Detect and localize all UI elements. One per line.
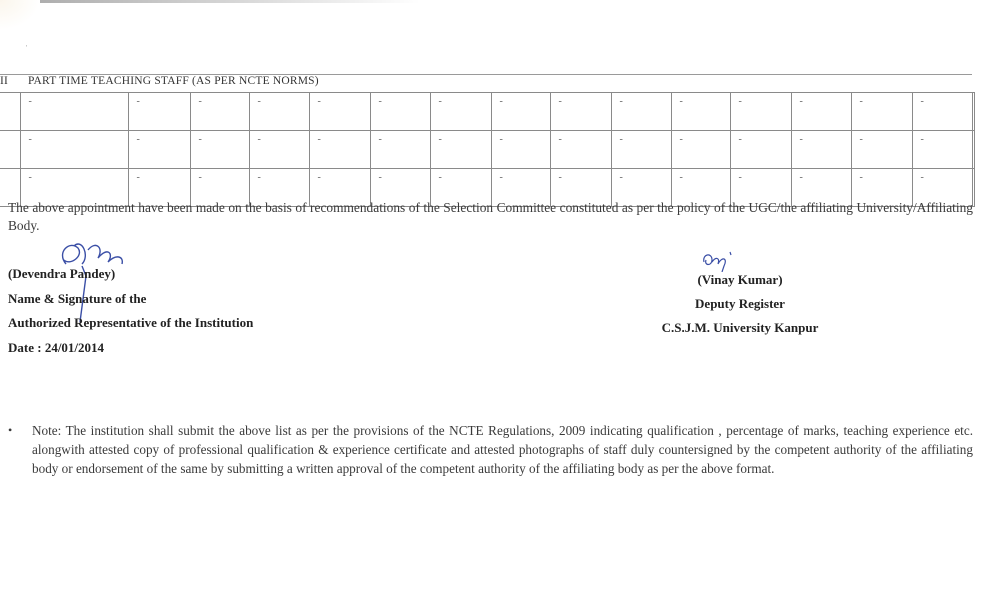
staff-table-container: ----------------------------------------… (0, 92, 974, 207)
table-cell: - (309, 93, 370, 131)
signatory-right-designation: Deputy Register (640, 292, 840, 316)
table-cell: - (611, 131, 671, 169)
table-cell: - (370, 93, 430, 131)
table-cell: - (730, 93, 791, 131)
stray-mark: ˈ (25, 44, 28, 53)
signatory-left-line1: Name & Signature of the (8, 287, 253, 312)
table-cell: - (851, 93, 912, 131)
table-cell: - (430, 93, 491, 131)
signatory-left-name: (Devendra Pandey) (8, 262, 253, 287)
table-cell: - (128, 93, 190, 131)
table-row: --------------- (0, 131, 974, 169)
table-cell: - (491, 131, 550, 169)
signatory-right-organization: C.S.J.M. University Kanpur (640, 316, 840, 340)
scan-artifact-smudge (40, 0, 420, 3)
section-title: PART TIME TEACHING STAFF (AS PER NCTE NO… (28, 75, 319, 87)
table-cell: - (370, 131, 430, 169)
scan-artifact-corner (0, 0, 40, 30)
appointment-statement: The above appointment have been made on … (8, 199, 973, 235)
table-cell: - (671, 93, 730, 131)
table-cell (972, 131, 974, 169)
signatory-left-block: (Devendra Pandey) Name & Signature of th… (8, 262, 253, 360)
table-cell: - (309, 131, 370, 169)
table-cell: - (249, 93, 309, 131)
table-cell: - (851, 131, 912, 169)
table-cell: - (20, 93, 128, 131)
signatory-left-date: Date : 24/01/2014 (8, 336, 253, 361)
table-cell (0, 131, 20, 169)
table-cell: - (491, 93, 550, 131)
table-cell: - (730, 131, 791, 169)
table-cell: - (671, 131, 730, 169)
table-cell: - (20, 131, 128, 169)
table-cell: - (430, 131, 491, 169)
table-cell: - (550, 93, 611, 131)
table-cell: - (190, 93, 249, 131)
signatory-left-line2: Authorized Representative of the Institu… (8, 311, 253, 336)
signatory-right-name: (Vinay Kumar) (640, 268, 840, 292)
signatory-right-block: (Vinay Kumar) Deputy Register C.S.J.M. U… (640, 268, 840, 340)
table-row: --------------- (0, 93, 974, 131)
table-cell: - (912, 131, 972, 169)
table-cell: - (128, 131, 190, 169)
table-cell: - (912, 93, 972, 131)
table-cell: - (791, 93, 851, 131)
part-time-staff-table: ----------------------------------------… (0, 92, 975, 207)
bullet-icon: • (8, 421, 12, 440)
table-cell: - (791, 131, 851, 169)
table-cell (0, 93, 20, 131)
section-heading: IIPART TIME TEACHING STAFF (AS PER NCTE … (0, 75, 319, 87)
table-cell: - (249, 131, 309, 169)
section-number: II (0, 75, 28, 87)
table-cell: - (550, 131, 611, 169)
note-text: Note: The institution shall submit the a… (32, 421, 973, 478)
table-cell: - (190, 131, 249, 169)
note-block: • Note: The institution shall submit the… (8, 421, 973, 478)
table-cell: - (611, 93, 671, 131)
table-cell (972, 93, 974, 131)
